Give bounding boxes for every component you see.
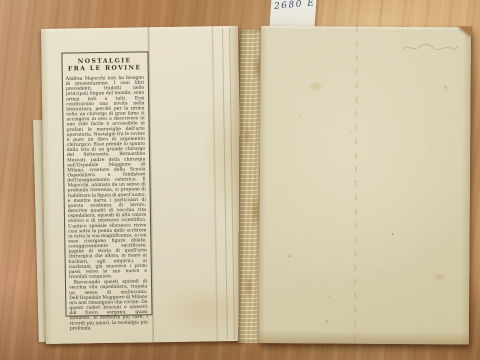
dust-jacket-flap: NOSTALGIE FRA LE ROVINE Andrea Majocchi … (41, 26, 243, 344)
flap-body-paragraph: Andrea Majocchi non ha bisogno di presen… (66, 75, 147, 279)
page-edge-line (222, 28, 228, 339)
jacket-fold-crease (211, 26, 219, 341)
flap-title-line2: FRA LE ROVINE (68, 64, 142, 72)
torn-corner (458, 26, 472, 36)
flap-text-column: NOSTALGIE FRA LE ROVINE Andrea Majocchi … (65, 55, 148, 330)
blank-book-page (259, 26, 471, 344)
flap-title: NOSTALGIE FRA LE ROVINE (65, 57, 143, 73)
handwritten-inventory-number: 2680 E (274, 0, 317, 12)
foxing-spots (259, 26, 471, 344)
flap-printed-text-box: NOSTALGIE FRA LE ROVINE Andrea Majocchi … (61, 51, 152, 316)
book-on-table-photo: NOSTALGIE FRA LE ROVINE Andrea Majocchi … (0, 0, 480, 360)
faint-pencil-inscription (401, 39, 459, 55)
page-edge-line (229, 28, 235, 339)
flap-body-paragraph: Rievocando questi episodi di vecchia vit… (69, 279, 148, 331)
